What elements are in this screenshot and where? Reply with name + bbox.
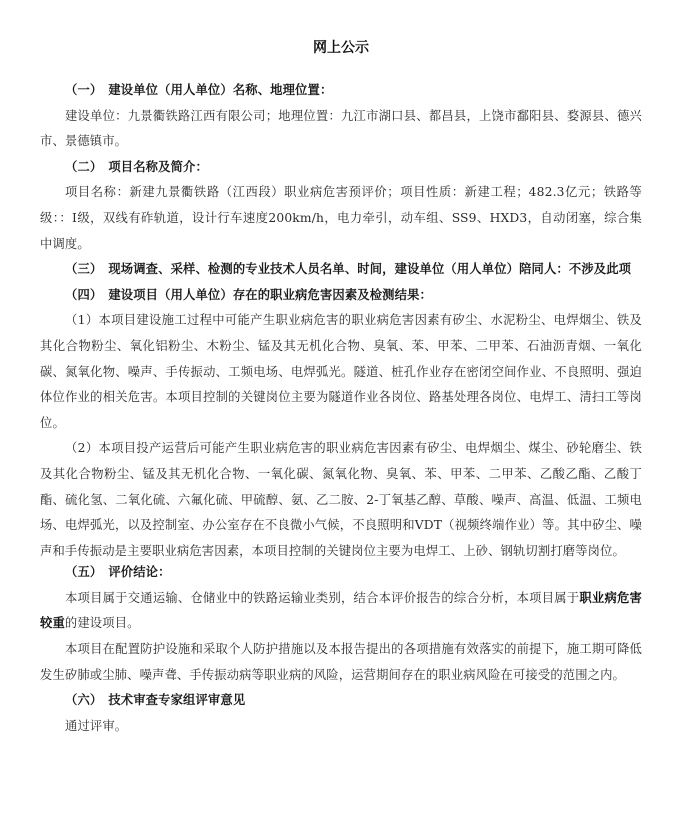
section-title: 建设项目（用人单位）存在的职业病危害因素及检测结果： [108,288,432,302]
section-number: （五） [65,565,102,579]
section-number: （六） [65,693,102,707]
section-4-paragraph-1: （1）本项目建设施工过程中可能产生职业病危害的职业病危害因素有矽尘、水泥粉尘、电… [40,308,642,436]
section-5-paragraph-1: 本项目属于交通运输、仓储业中的铁路运输业类别，结合本评价报告的综合分析，本项目属… [40,586,642,637]
section-title: 项目名称及简介： [108,160,208,174]
section-title: 建设单位（用人单位）名称、地理位置： [108,83,332,97]
section-6-heading: （六）技术审查专家组评审意见 [40,688,642,714]
section-number: （三） [65,262,102,276]
section-number: （一） [65,83,102,97]
document-body: （一）建设单位（用人单位）名称、地理位置： 建设单位：九景衢铁路江西有限公司；地… [40,78,642,739]
conclusion-text-end: 的建设项目。 [65,616,140,630]
section-title: 技术审查专家组评审意见 [108,693,245,707]
section-number: （四） [65,288,102,302]
section-1-heading: （一）建设单位（用人单位）名称、地理位置： [40,78,642,104]
section-title: 评价结论： [108,565,170,579]
conclusion-text: 本项目属于交通运输、仓储业中的铁路运输业类别，结合本评价报告的综合分析，本项目属… [65,591,579,605]
section-number: （二） [65,160,102,174]
section-4-heading: （四）建设项目（用人单位）存在的职业病危害因素及检测结果： [40,283,642,309]
section-1-paragraph: 建设单位：九景衢铁路江西有限公司；地理位置：九江市湖口县、都昌县，上饶市鄱阳县、… [40,104,642,155]
section-2-heading: （二）项目名称及简介： [40,155,642,181]
section-2-paragraph: 项目名称：新建九景衢铁路（江西段）职业病危害预评价；项目性质：新建工程；482.… [40,180,642,257]
section-6-paragraph: 通过评审。 [40,714,642,740]
section-4-paragraph-2: （2）本项目投产运营后可能产生职业病危害的职业病危害因素有矽尘、电焊烟尘、煤尘、… [40,436,642,564]
section-title: 现场调查、采样、检测的专业技术人员名单、时间，建设单位（用人单位）陪同人：不涉及… [108,262,631,276]
page-title: 网上公示 [40,37,642,57]
section-5-paragraph-2: 本项目在配置防护设施和采取个人防护措施以及本报告提出的各项措施有效落实的前提下，… [40,637,642,688]
section-3-heading: （三）现场调查、采样、检测的专业技术人员名单、时间，建设单位（用人单位）陪同人：… [40,257,642,283]
